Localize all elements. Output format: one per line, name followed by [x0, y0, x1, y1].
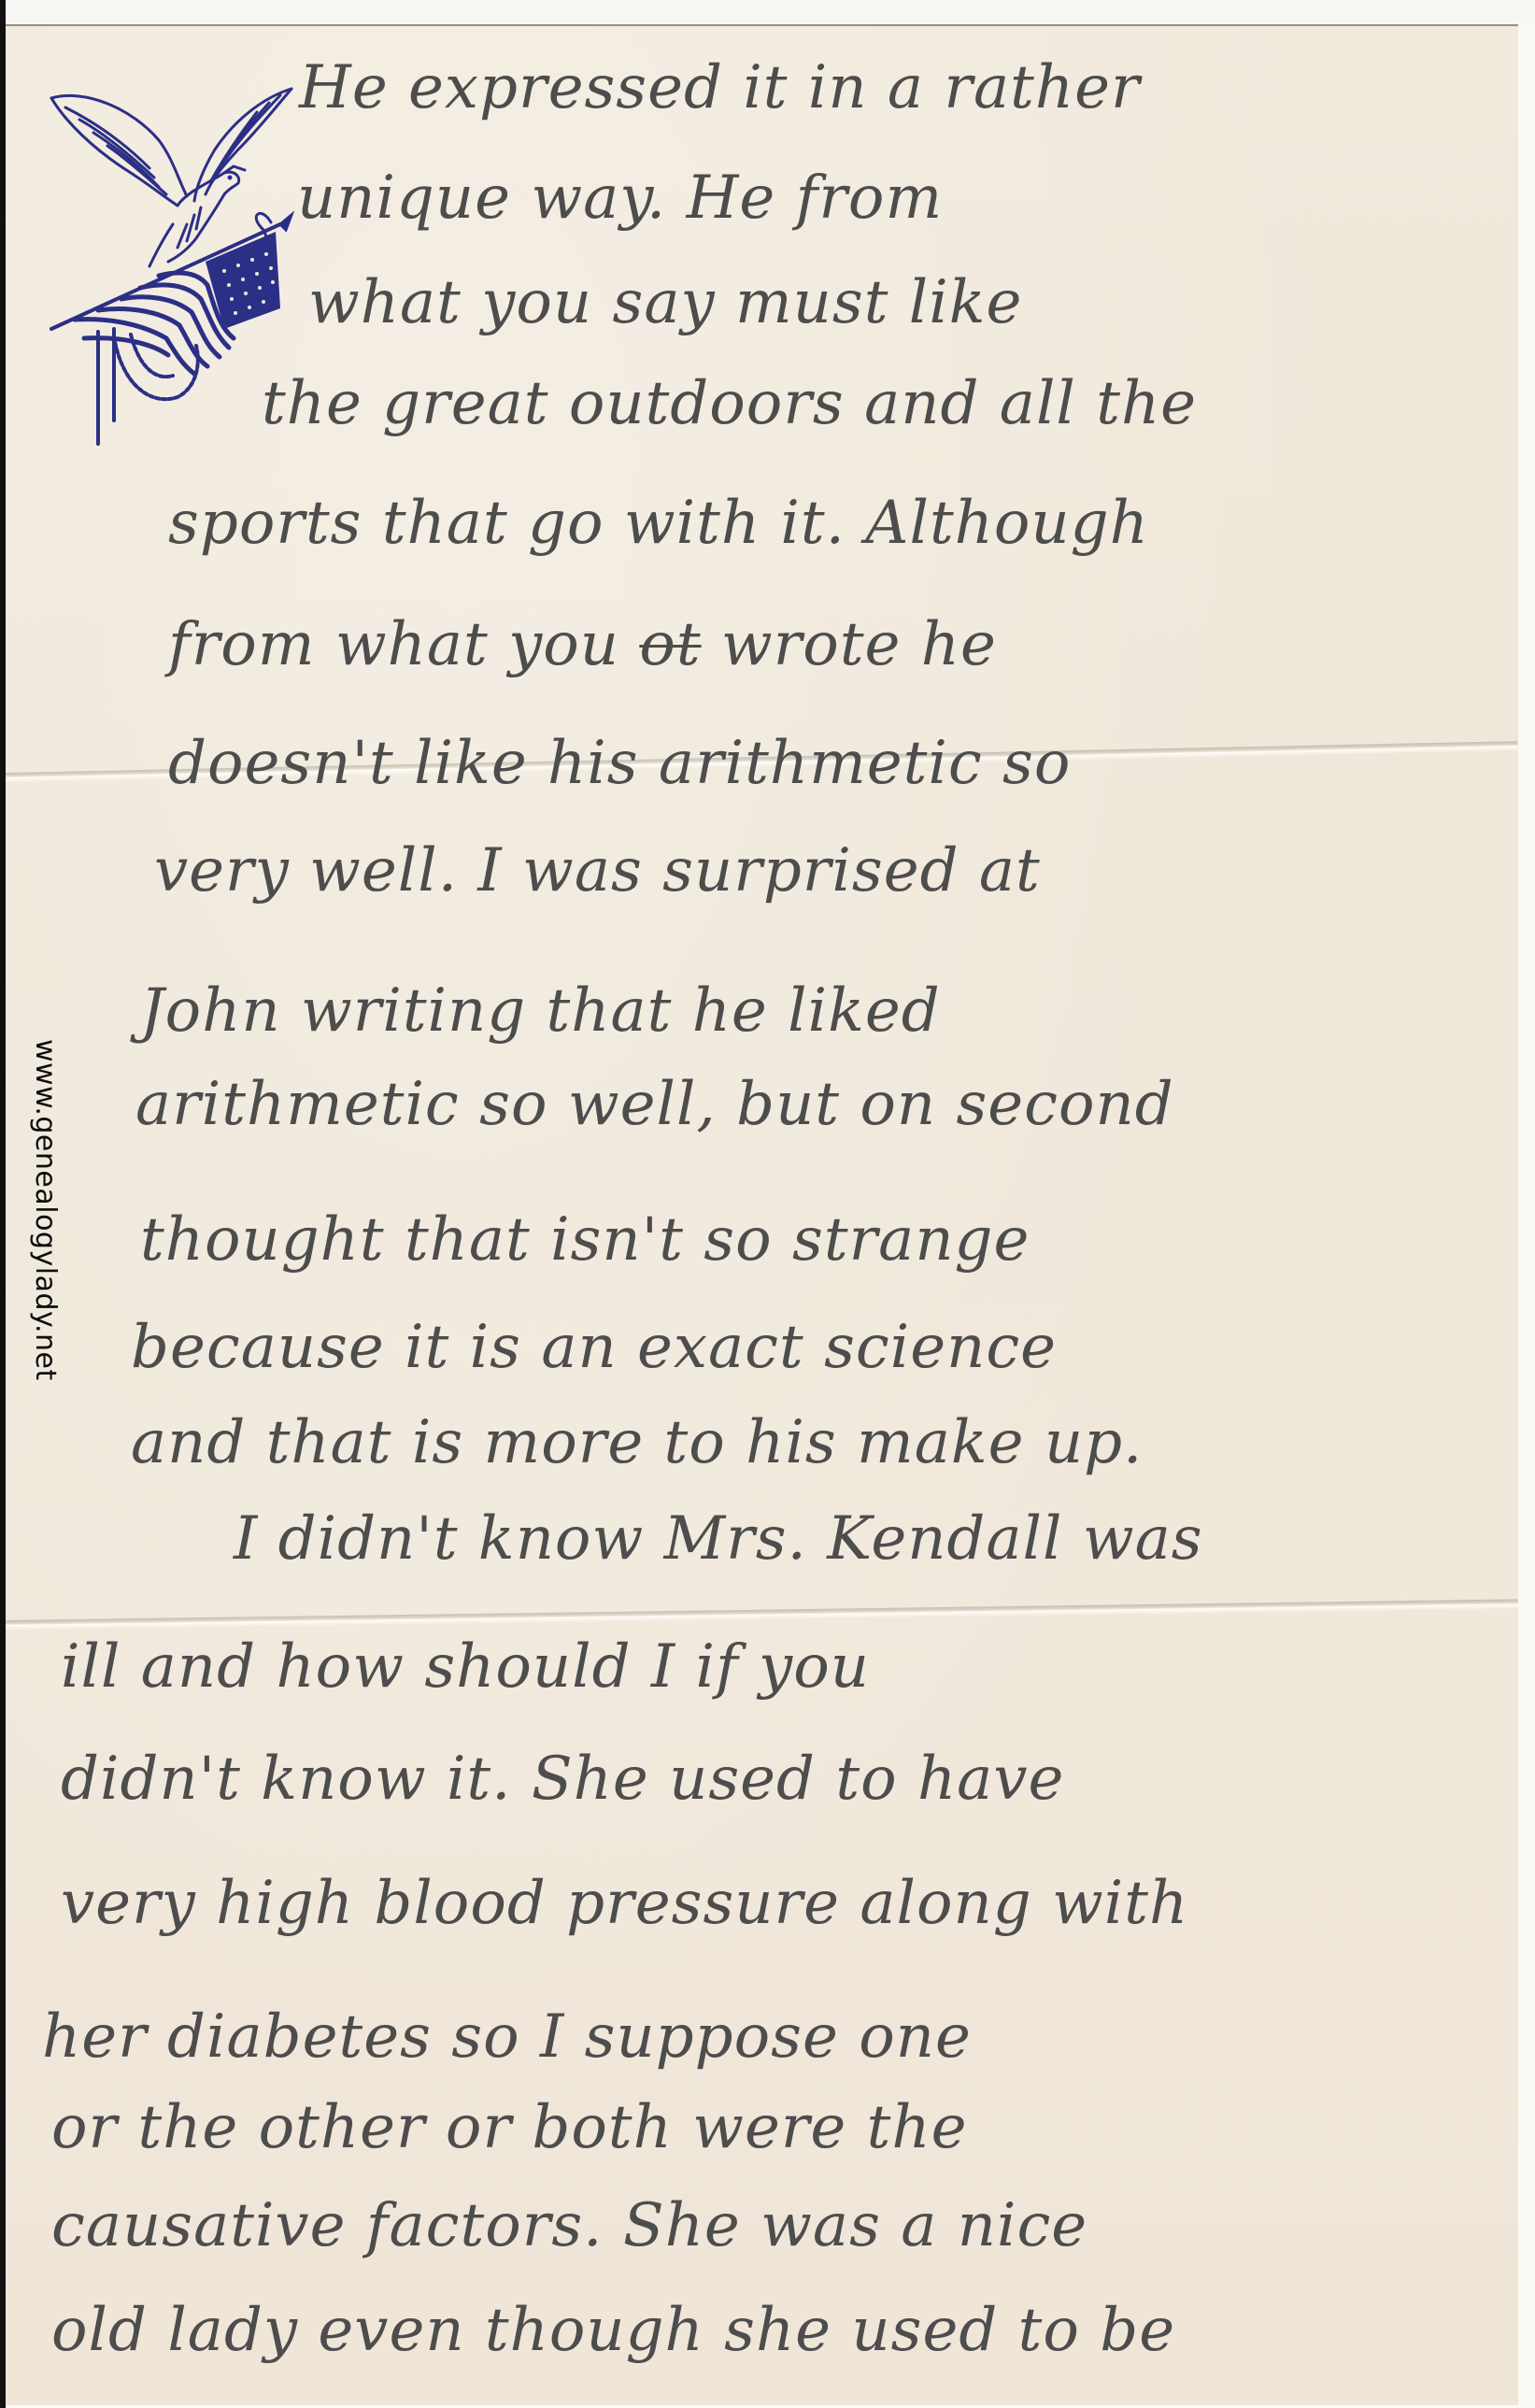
letter-line-18: her diabetes so I suppose one: [42, 2007, 972, 2067]
letter-line-6-start: from what you: [168, 610, 639, 679]
letter-line-8: very well. I was surprised at: [154, 841, 1041, 901]
letter-line-13: and that is more to his make up.: [131, 1413, 1143, 1473]
struck-out-word: ot: [639, 610, 701, 679]
letter-line-1: He expressed it in a rather: [299, 58, 1141, 118]
scan-top-margin: [0, 0, 1535, 24]
letter-line-3: what you say must like: [308, 273, 1022, 333]
watermark: www.genealogylady.net: [24, 1039, 62, 1385]
letter-line-10: arithmetic so well, but on second: [135, 1075, 1174, 1134]
letter-line-9: John writing that he liked: [140, 981, 941, 1041]
letter-line-14: I didn't know Mrs. Kendall was: [234, 1509, 1203, 1569]
watermark-text: www.genealogylady.net: [29, 1039, 62, 1381]
letter-line-5: sports that go with it. Although: [168, 493, 1149, 553]
fold-crease-lower: [6, 1599, 1518, 1630]
letter-line-12: because it is an exact science: [131, 1318, 1057, 1377]
letter-line-16: didn't know it. She used to have: [61, 1749, 1064, 1809]
letter-line-4: the great outdoors and all the: [262, 374, 1197, 434]
letter-line-17: very high blood pressure along with: [61, 1874, 1188, 1933]
letter-line-11: thought that isn't so strange: [140, 1210, 1030, 1270]
letter-line-7: doesn't like his arithmetic so: [168, 734, 1071, 793]
letter-line-6-end: wrote he: [702, 610, 997, 679]
eagle-flag-emblem-icon: [47, 84, 294, 449]
letter-line-19: or the other or both were the: [51, 2098, 967, 2158]
letter-line-15: ill and how should I if you: [61, 1637, 870, 1697]
letter-line-6: from what you ot wrote he: [168, 615, 997, 675]
letter-line-21: old lady even though she used to be: [51, 2301, 1175, 2360]
letter-line-2: unique way. He from: [297, 168, 943, 228]
letter-line-20: causative factors. She was a nice: [51, 2196, 1087, 2256]
